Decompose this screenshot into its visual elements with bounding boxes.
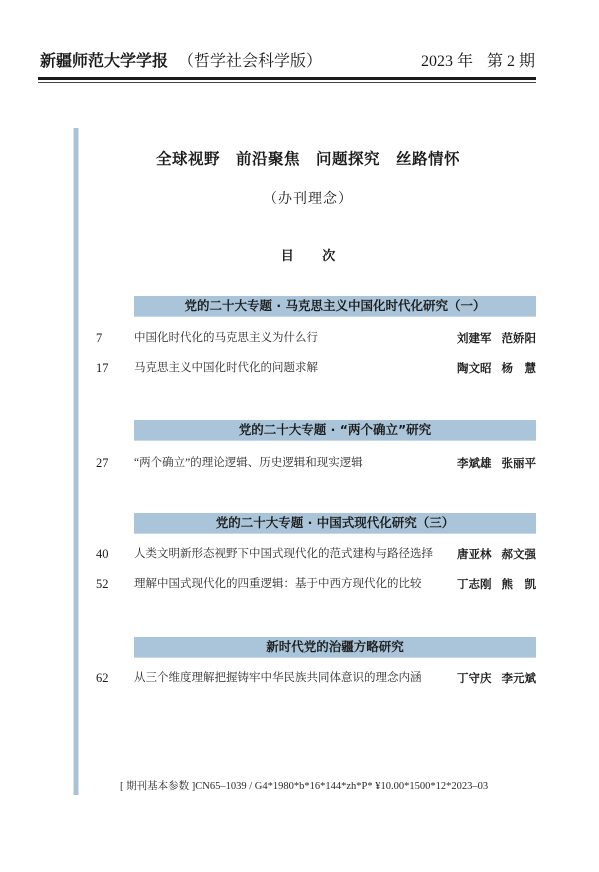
journal-title-group: 新疆师范大学学报（哲学社会科学版） [40,48,322,71]
entry-title[interactable]: 从三个维度理解把握铸牢中华民族共同体意识的理念内涵 [134,670,422,686]
decorative-side-bar [73,128,79,795]
entry-authors: 李斌雄张丽平 [457,455,536,471]
section-heading: 党的二十大专题 · “两个确立”研究 [134,420,536,441]
entry-title[interactable]: “两个确立”的理论逻辑、历史逻辑和现实逻辑 [134,455,363,471]
entry-title[interactable]: 中国化时代化的马克思主义为什么行 [134,330,318,346]
author: 郝文强 [502,547,537,561]
author: 陶文昭 [457,361,492,375]
motto-phrase: 前沿聚焦 [236,150,300,168]
header-rule-thin [38,82,536,83]
journal-parameters: [ 期刊基本参数 ]CN65–1039 / G4*1980*b*16*144*z… [120,778,500,793]
entry-page: 7 [96,330,102,346]
toc-entry[interactable]: 17 马克思主义中国化时代化的问题求解 陶文昭杨 慧 [96,360,536,376]
issue-number: 第 2 期 [487,53,535,70]
author: 唐亚林 [457,547,492,561]
entry-page: 27 [96,455,109,471]
entry-title[interactable]: 理解中国式现代化的四重逻辑：基于中西方现代化的比较 [134,576,422,592]
entry-title[interactable]: 人类文明新形态视野下中国式现代化的范式建构与路径选择 [134,546,433,562]
issue-year: 2023 年 [421,53,473,70]
entry-authors: 陶文昭杨 慧 [457,360,536,376]
author: 丁志刚 [457,577,492,591]
motto-note: （办刊理念） [80,188,536,208]
toc-entry[interactable]: 40 人类文明新形态视野下中国式现代化的范式建构与路径选择 唐亚林郝文强 [96,546,536,562]
section-heading: 党的二十大专题 · 中国式现代化研究（三） [134,513,536,534]
author: 杨 慧 [502,361,537,375]
entry-authors: 唐亚林郝文强 [457,546,536,562]
issue-info: 2023 年第 2 期 [421,48,535,71]
toc-title: 目 次 [80,245,536,264]
entry-authors: 刘建军范娇阳 [457,330,536,346]
journal-motto: 全球视野前沿聚焦问题探究丝路情怀 [80,147,536,169]
journal-name: 新疆师范大学学报 [40,51,168,70]
entry-authors: 丁志刚熊 凯 [457,576,536,592]
toc-entry[interactable]: 52 理解中国式现代化的四重逻辑：基于中西方现代化的比较 丁志刚熊 凯 [96,576,536,592]
motto-phrase: 问题探究 [316,150,380,168]
header-rule-thick [38,77,536,80]
section-heading: 党的二十大专题 · 马克思主义中国化时代化研究（一） [134,296,536,317]
toc-entry[interactable]: 27 “两个确立”的理论逻辑、历史逻辑和现实逻辑 李斌雄张丽平 [96,455,536,471]
motto-phrase: 全球视野 [156,150,220,168]
author: 刘建军 [457,331,492,345]
entry-page: 17 [96,360,109,376]
author: 范娇阳 [502,331,537,345]
entry-page: 40 [96,546,109,562]
section-heading: 新时代党的治疆方略研究 [134,637,536,658]
author: 张丽平 [502,456,537,470]
author: 丁守庆 [457,671,492,685]
motto-phrase: 丝路情怀 [396,150,460,168]
journal-edition: （哲学社会科学版） [178,53,322,70]
entry-page: 52 [96,576,109,592]
entry-title[interactable]: 马克思主义中国化时代化的问题求解 [134,360,318,376]
author: 李斌雄 [457,456,492,470]
toc-entry[interactable]: 7 中国化时代化的马克思主义为什么行 刘建军范娇阳 [96,330,536,346]
toc-entry[interactable]: 62 从三个维度理解把握铸牢中华民族共同体意识的理念内涵 丁守庆李元斌 [96,670,536,686]
entry-authors: 丁守庆李元斌 [457,670,536,686]
entry-page: 62 [96,670,109,686]
journal-header: 新疆师范大学学报（哲学社会科学版） 2023 年第 2 期 [40,48,535,72]
author: 李元斌 [502,671,537,685]
author: 熊 凯 [502,577,537,591]
